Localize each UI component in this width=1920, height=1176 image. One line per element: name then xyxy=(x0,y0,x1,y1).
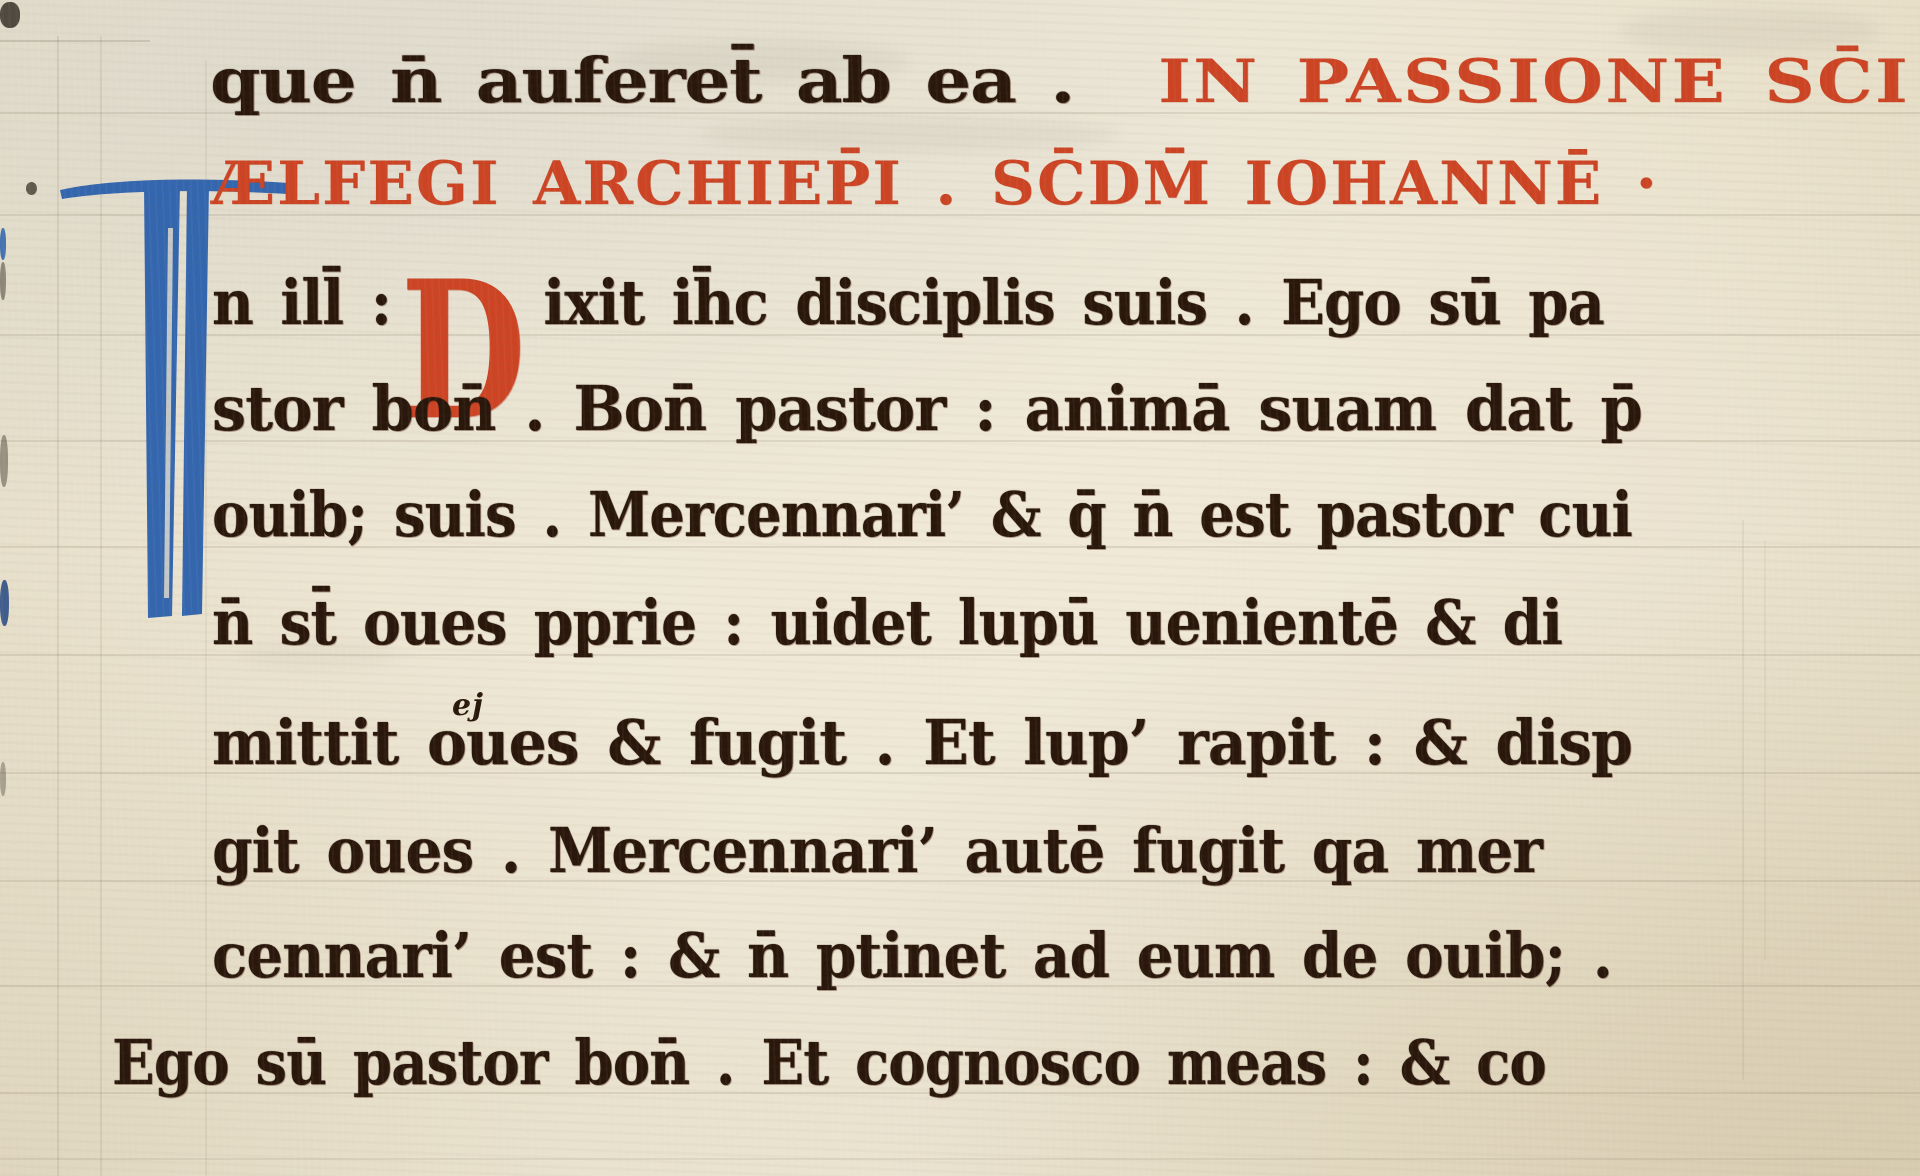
text-line-10: Ego sū pastor bon̄ . Et cognosco meas : … xyxy=(112,1032,1546,1094)
text-line-7: mittit oues & fugit . Et lup’ rapit : & … xyxy=(212,712,1632,774)
edge-mark xyxy=(0,2,20,28)
line8-text: git oues . Mercennari’ autē fugit qa mer xyxy=(212,814,1542,887)
line3-black-text: ixit ih̄c disciplis suis . Ego sū pa xyxy=(543,266,1604,339)
manuscript-page: I que n̄ auferet̄ ab ea .IN PASSIONE SC̄… xyxy=(0,0,1920,1176)
text-line-3: n ill̄ :Dixit ih̄c disciplis suis . Ego … xyxy=(212,272,1604,334)
edge-mark xyxy=(0,435,8,487)
line3-prefix-text: n ill̄ : xyxy=(212,266,391,339)
text-line-6: n̄ st̄ oues pprie : uidet lupū uenientē … xyxy=(212,592,1562,654)
line9-text: cennari’ est : & n̄ ptinet ad eum de oui… xyxy=(212,919,1612,992)
line7-text: mittit oues & fugit . Et lup’ rapit : & … xyxy=(212,706,1632,779)
ruling-line xyxy=(0,1158,1920,1160)
edge-mark-blue xyxy=(0,580,9,626)
edge-mark xyxy=(0,762,6,796)
text-line-5: ouib; suis . Mercennari’ & q̄ n̄ est pas… xyxy=(212,484,1632,546)
line1-black-text: que n̄ auferet̄ ab ea . xyxy=(210,44,1074,117)
ruling-line-vertical xyxy=(1742,520,1744,1080)
line2-rubric-text: ÆLFEGI ARCHIEP̄I . SC̄DM̄ IOHANNĒ · xyxy=(212,149,1659,219)
ink-speck xyxy=(26,182,37,195)
text-line-8: git oues . Mercennari’ autē fugit qa mer xyxy=(212,820,1542,882)
text-line-1: que n̄ auferet̄ ab ea .IN PASSIONE SC̄I xyxy=(210,50,1910,112)
edge-mark xyxy=(0,262,6,300)
text-line-2: ÆLFEGI ARCHIEP̄I . SC̄DM̄ IOHANNĒ · xyxy=(212,152,1659,214)
text-line-9: cennari’ est : & n̄ ptinet ad eum de oui… xyxy=(212,925,1612,987)
line1-rubric-text: IN PASSIONE SC̄I xyxy=(1158,47,1910,117)
line6-text: n̄ st̄ oues pprie : uidet lupū uenientē … xyxy=(212,586,1562,659)
show-through-smudge xyxy=(700,118,1120,152)
ruling-line-vertical xyxy=(1764,540,1766,960)
edge-mark-blue xyxy=(0,228,6,260)
line4-text: stor bon̄ . Bon̄ pastor : animā suam dat… xyxy=(212,372,1642,445)
line10-text: Ego sū pastor bon̄ . Et cognosco meas : … xyxy=(112,1026,1546,1099)
rubric-initial-D-box: D xyxy=(404,272,543,334)
text-line-4: stor bon̄ . Bon̄ pastor : animā suam dat… xyxy=(212,378,1642,440)
line5-text: ouib; suis . Mercennari’ & q̄ n̄ est pas… xyxy=(212,478,1632,551)
ruling-line xyxy=(0,40,150,42)
